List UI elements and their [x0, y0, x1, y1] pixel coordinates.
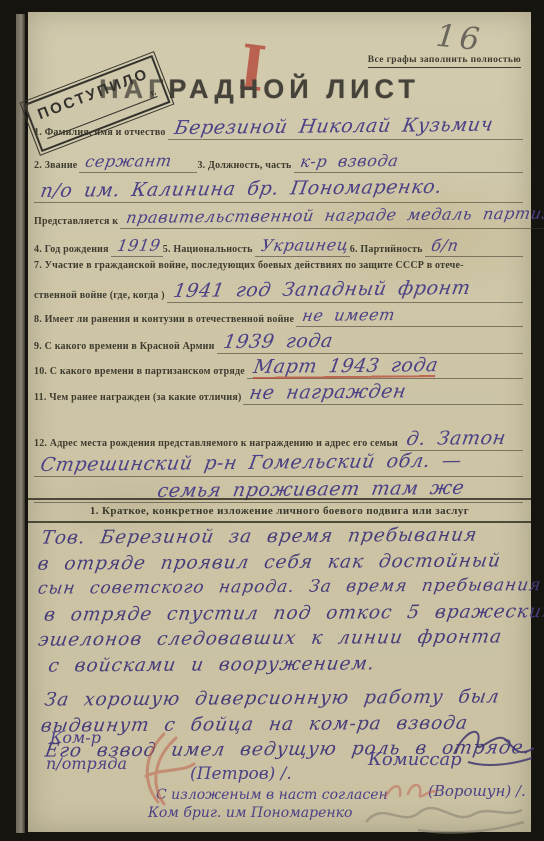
field-partisan-row: 10. С какого времени в партизанском отря… — [34, 358, 523, 379]
feat-line: с войсками и вооружением. — [46, 652, 525, 681]
field-rank-value: сержант — [84, 153, 173, 170]
signature-agreement-line1: С изложеным в наст согласен — [156, 787, 388, 803]
field-presented-row: Представляется к правительственной награ… — [34, 210, 523, 229]
field-address-row2: Стрешинский р-н Гомельский обл. — — [34, 456, 523, 477]
field-birthyear-value: 1919 — [116, 238, 162, 254]
signature-commander-title2: п/отряда — [46, 754, 127, 773]
feat-line: в отряде спустил под откос 5 вражеских — [42, 601, 525, 630]
field-awards-value: не награжден — [248, 382, 408, 403]
field-war-row2: ственной войне (где, когда ) 1941 год За… — [34, 282, 523, 303]
field-nationality-label: 5. Национальность — [163, 244, 255, 257]
field-name-value: Березиной Николай Кузьмич — [173, 116, 495, 138]
field-address-row1: 12. Адрес места рождения представляемого… — [34, 430, 523, 451]
field-awards-label: 11. Чем ранее награжден (за какие отличи… — [34, 392, 243, 405]
field-wounds-value: не имеет — [301, 307, 396, 324]
field-name-label: 1. Фамилия, имя и отчество — [34, 127, 168, 140]
field-rank-label: 2. Звание — [34, 160, 79, 173]
feat-line: выдвинут с бойца на ком-ра взвода — [39, 712, 526, 741]
field-nationality-value: Украинец — [260, 237, 350, 254]
scan-page-edge — [16, 14, 25, 833]
page-number: 16 — [434, 18, 485, 59]
feat-line: эшелонов следовавших к линии фронта — [36, 626, 525, 655]
field-position-value: к-р взвода — [299, 153, 400, 170]
signature-commander-name: (Петров) /. — [190, 764, 292, 784]
field-rank-row: 2. Звание сержант 3. Должность, часть к-… — [34, 154, 523, 173]
signature-commissar-name: (Ворошун) /. — [428, 782, 526, 800]
field-war-value: 1941 год Западный фронт — [172, 279, 472, 301]
feat-line: в отряде проявил себя как достойный — [36, 550, 525, 579]
signature-commissar-label: Комиссар — [368, 749, 462, 770]
field-army-row: 9. С какого времени в Красной Армии 1939… — [34, 333, 523, 354]
signature-commander-title1: Ком-р — [50, 728, 101, 747]
field-unit-row: п/о им. Калинина бр. Пономаренко. — [34, 182, 523, 203]
field-party-value: б/п — [430, 238, 460, 254]
field-wounds-label: 8. Имеет ли ранения и контузии в отечест… — [34, 314, 296, 327]
scanned-award-document: { "page": { "corner_number": "16", "red_… — [0, 0, 544, 841]
field-wounds-row: 8. Имеет ли ранения и контузии в отечест… — [34, 308, 523, 327]
field-party-label: 6. Партийность — [350, 244, 425, 257]
feat-line: Тов. Березиной за время пребывания — [39, 524, 524, 553]
signature-agreement-line2: Ком бриг. им Пономаренко — [148, 805, 352, 821]
stamp-year-suffix: г. — [149, 87, 158, 98]
field-name-row: 1. Фамилия, имя и отчество Березиной Ник… — [34, 119, 523, 140]
field-address-value2: Стрешинский р-н Гомельский обл. — — [39, 452, 463, 475]
field-partisan-label: 10. С какого времени в партизанском отря… — [34, 366, 247, 379]
field-position-label: 3. Должность, часть — [197, 160, 293, 173]
document-paper: 16 I Все графы заполнить полностью НАГРА… — [28, 12, 531, 832]
field-war-row1: 7. Участие в гражданской войне, последую… — [34, 260, 523, 273]
feat-description: Тов. Березиной за время пребывания в отр… — [35, 524, 522, 766]
field-awards-row: 11. Чем ранее награжден (за какие отличи… — [34, 384, 523, 405]
feat-line: сын советского народа. За время пребыван… — [36, 575, 525, 604]
feat-section-heading: 1. Краткое, конкретное изложение личного… — [28, 498, 531, 523]
field-birth-row: 4. Год рождения 1919 5. Национальность У… — [34, 238, 523, 257]
field-unit-value: п/о им. Калинина бр. Пономаренко. — [39, 178, 443, 201]
instruction-note: Все графы заполнить полностью — [368, 55, 521, 68]
field-address-label: 12. Адрес места рождения представляемого… — [34, 438, 400, 451]
field-presented-value: правительственной награде медаль партиза… — [125, 205, 544, 226]
field-partisan-value: Март 1943 года — [252, 356, 440, 377]
field-army-value: 1939 года — [222, 332, 335, 352]
field-presented-label: Представляется к — [34, 216, 120, 229]
field-birthyear-label: 4. Год рождения — [34, 244, 111, 257]
field-war-label-line1: 7. Участие в гражданской войне, последую… — [34, 260, 466, 273]
field-war-label-line2: ственной войне (где, когда ) — [34, 290, 167, 303]
field-address-value1: д. Затон — [405, 429, 507, 449]
field-army-label: 9. С какого времени в Красной Армии — [34, 341, 217, 354]
feat-line: За хорошую диверсионную работу был — [42, 686, 525, 715]
